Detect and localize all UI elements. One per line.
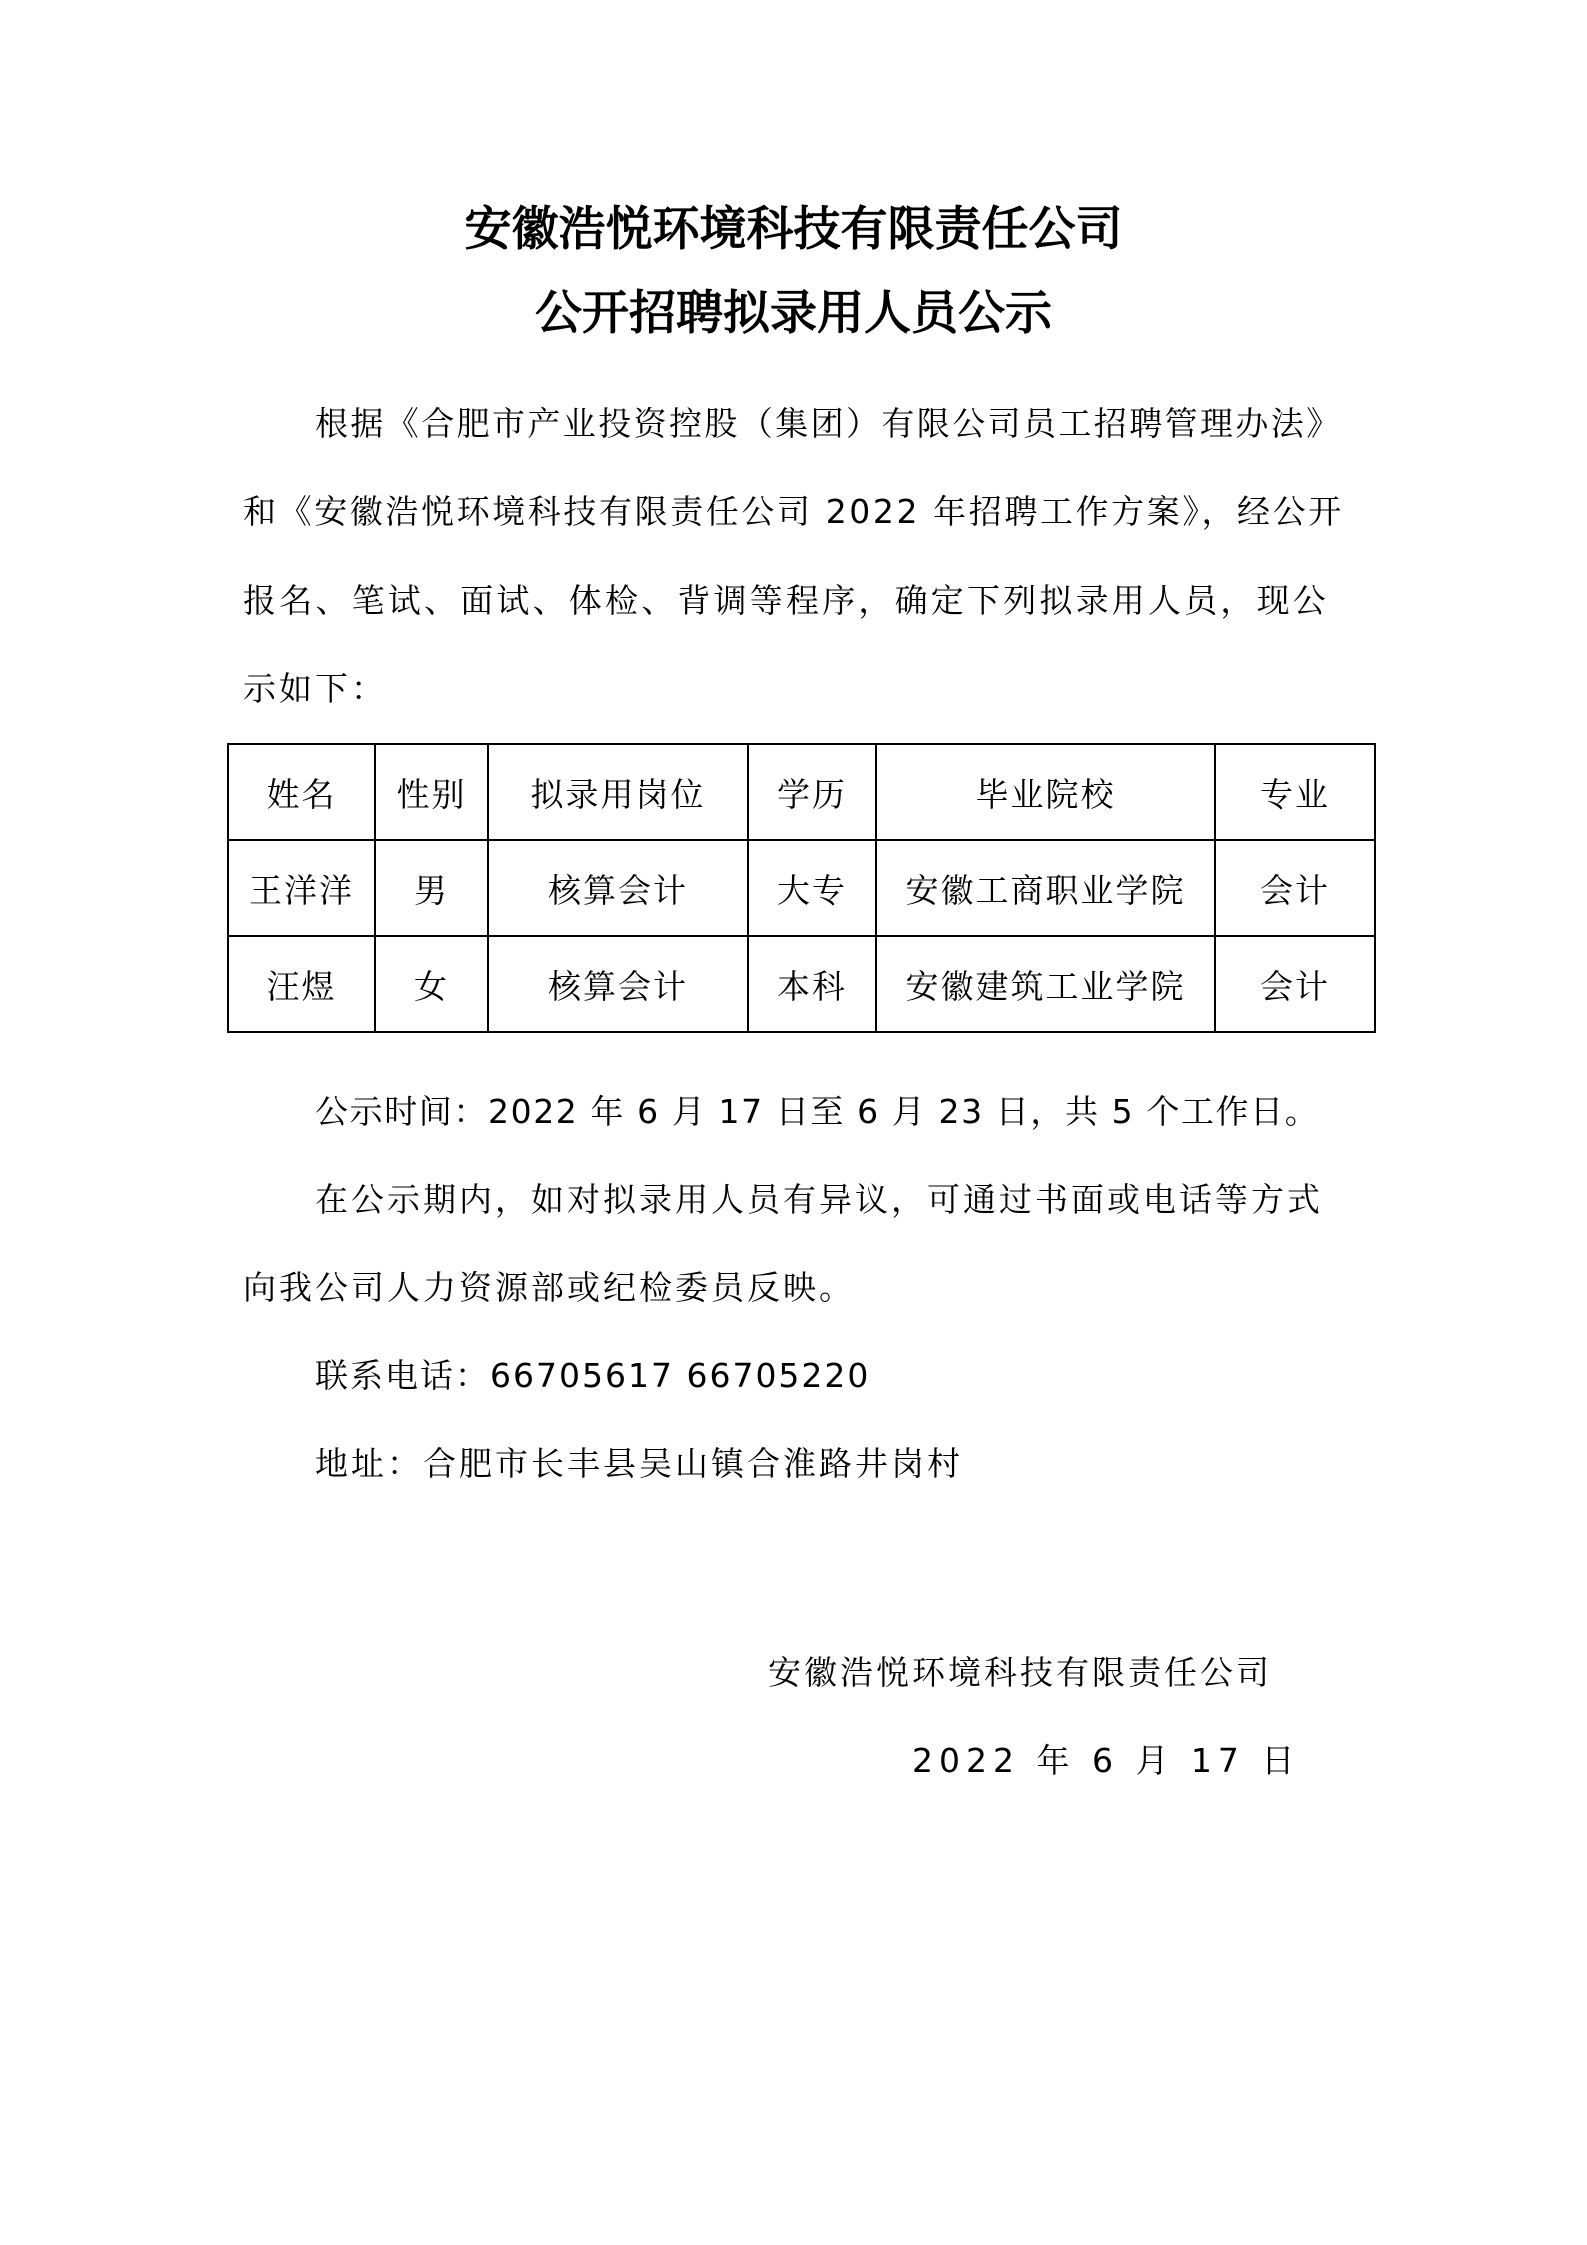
notice-period: 公示时间：2022 年 6 月 17 日至 6 月 23 日，共 5 个工作日。 (315, 1090, 1319, 1134)
header-name: 姓名 (228, 744, 375, 840)
document-title-line1: 安徽浩悦环境科技有限责任公司 (0, 202, 1587, 258)
document-page: 安徽浩悦环境科技有限责任公司 公开招聘拟录用人员公示 根据《合肥市产业投资控股（… (0, 0, 1587, 2245)
cell-major: 会计 (1215, 936, 1375, 1032)
objection-line1: 在公示期内，如对拟录用人员有异议，可通过书面或电话等方式 (315, 1178, 1323, 1222)
table-row: 汪煜 女 核算会计 本科 安徽建筑工业学院 会计 (228, 936, 1375, 1032)
intro-paragraph-line2: 和《安徽浩悦环境科技有限责任公司 2022 年招聘工作方案》，经公开 (243, 490, 1344, 534)
header-position: 拟录用岗位 (488, 744, 748, 840)
cell-school: 安徽建筑工业学院 (876, 936, 1215, 1032)
header-gender: 性别 (375, 744, 488, 840)
objection-line2: 向我公司人力资源部或纪检委员反映。 (243, 1266, 855, 1310)
document-title-line2: 公开招聘拟录用人员公示 (0, 286, 1587, 342)
cell-major: 会计 (1215, 840, 1375, 936)
cell-position: 核算会计 (488, 936, 748, 1032)
header-education: 学历 (748, 744, 876, 840)
candidate-table: 姓名 性别 拟录用岗位 学历 毕业院校 专业 王洋洋 男 核算会计 大专 安徽工… (227, 743, 1376, 1033)
cell-name: 王洋洋 (228, 840, 375, 936)
intro-paragraph-line1: 根据《合肥市产业投资控股（集团）有限公司员工招聘管理办法》 (315, 402, 1342, 446)
cell-education: 大专 (748, 840, 876, 936)
contact-phone: 联系电话：66705617 66705220 (315, 1354, 870, 1398)
intro-paragraph-line3: 报名、笔试、面试、体检、背调等程序，确定下列拟录用人员，现公 (243, 579, 1329, 623)
table-header-row: 姓名 性别 拟录用岗位 学历 毕业院校 专业 (228, 744, 1375, 840)
cell-gender: 男 (375, 840, 488, 936)
signature-date: 2022 年 6 月 17 日 (912, 1739, 1300, 1783)
cell-gender: 女 (375, 936, 488, 1032)
header-major: 专业 (1215, 744, 1375, 840)
cell-name: 汪煜 (228, 936, 375, 1032)
address: 地址：合肥市长丰县吴山镇合淮路井岗村 (315, 1442, 963, 1486)
header-school: 毕业院校 (876, 744, 1215, 840)
signature-organization: 安徽浩悦环境科技有限责任公司 (768, 1651, 1272, 1695)
table-row: 王洋洋 男 核算会计 大专 安徽工商职业学院 会计 (228, 840, 1375, 936)
cell-position: 核算会计 (488, 840, 748, 936)
cell-education: 本科 (748, 936, 876, 1032)
cell-school: 安徽工商职业学院 (876, 840, 1215, 936)
intro-paragraph-line4: 示如下： (243, 667, 387, 711)
